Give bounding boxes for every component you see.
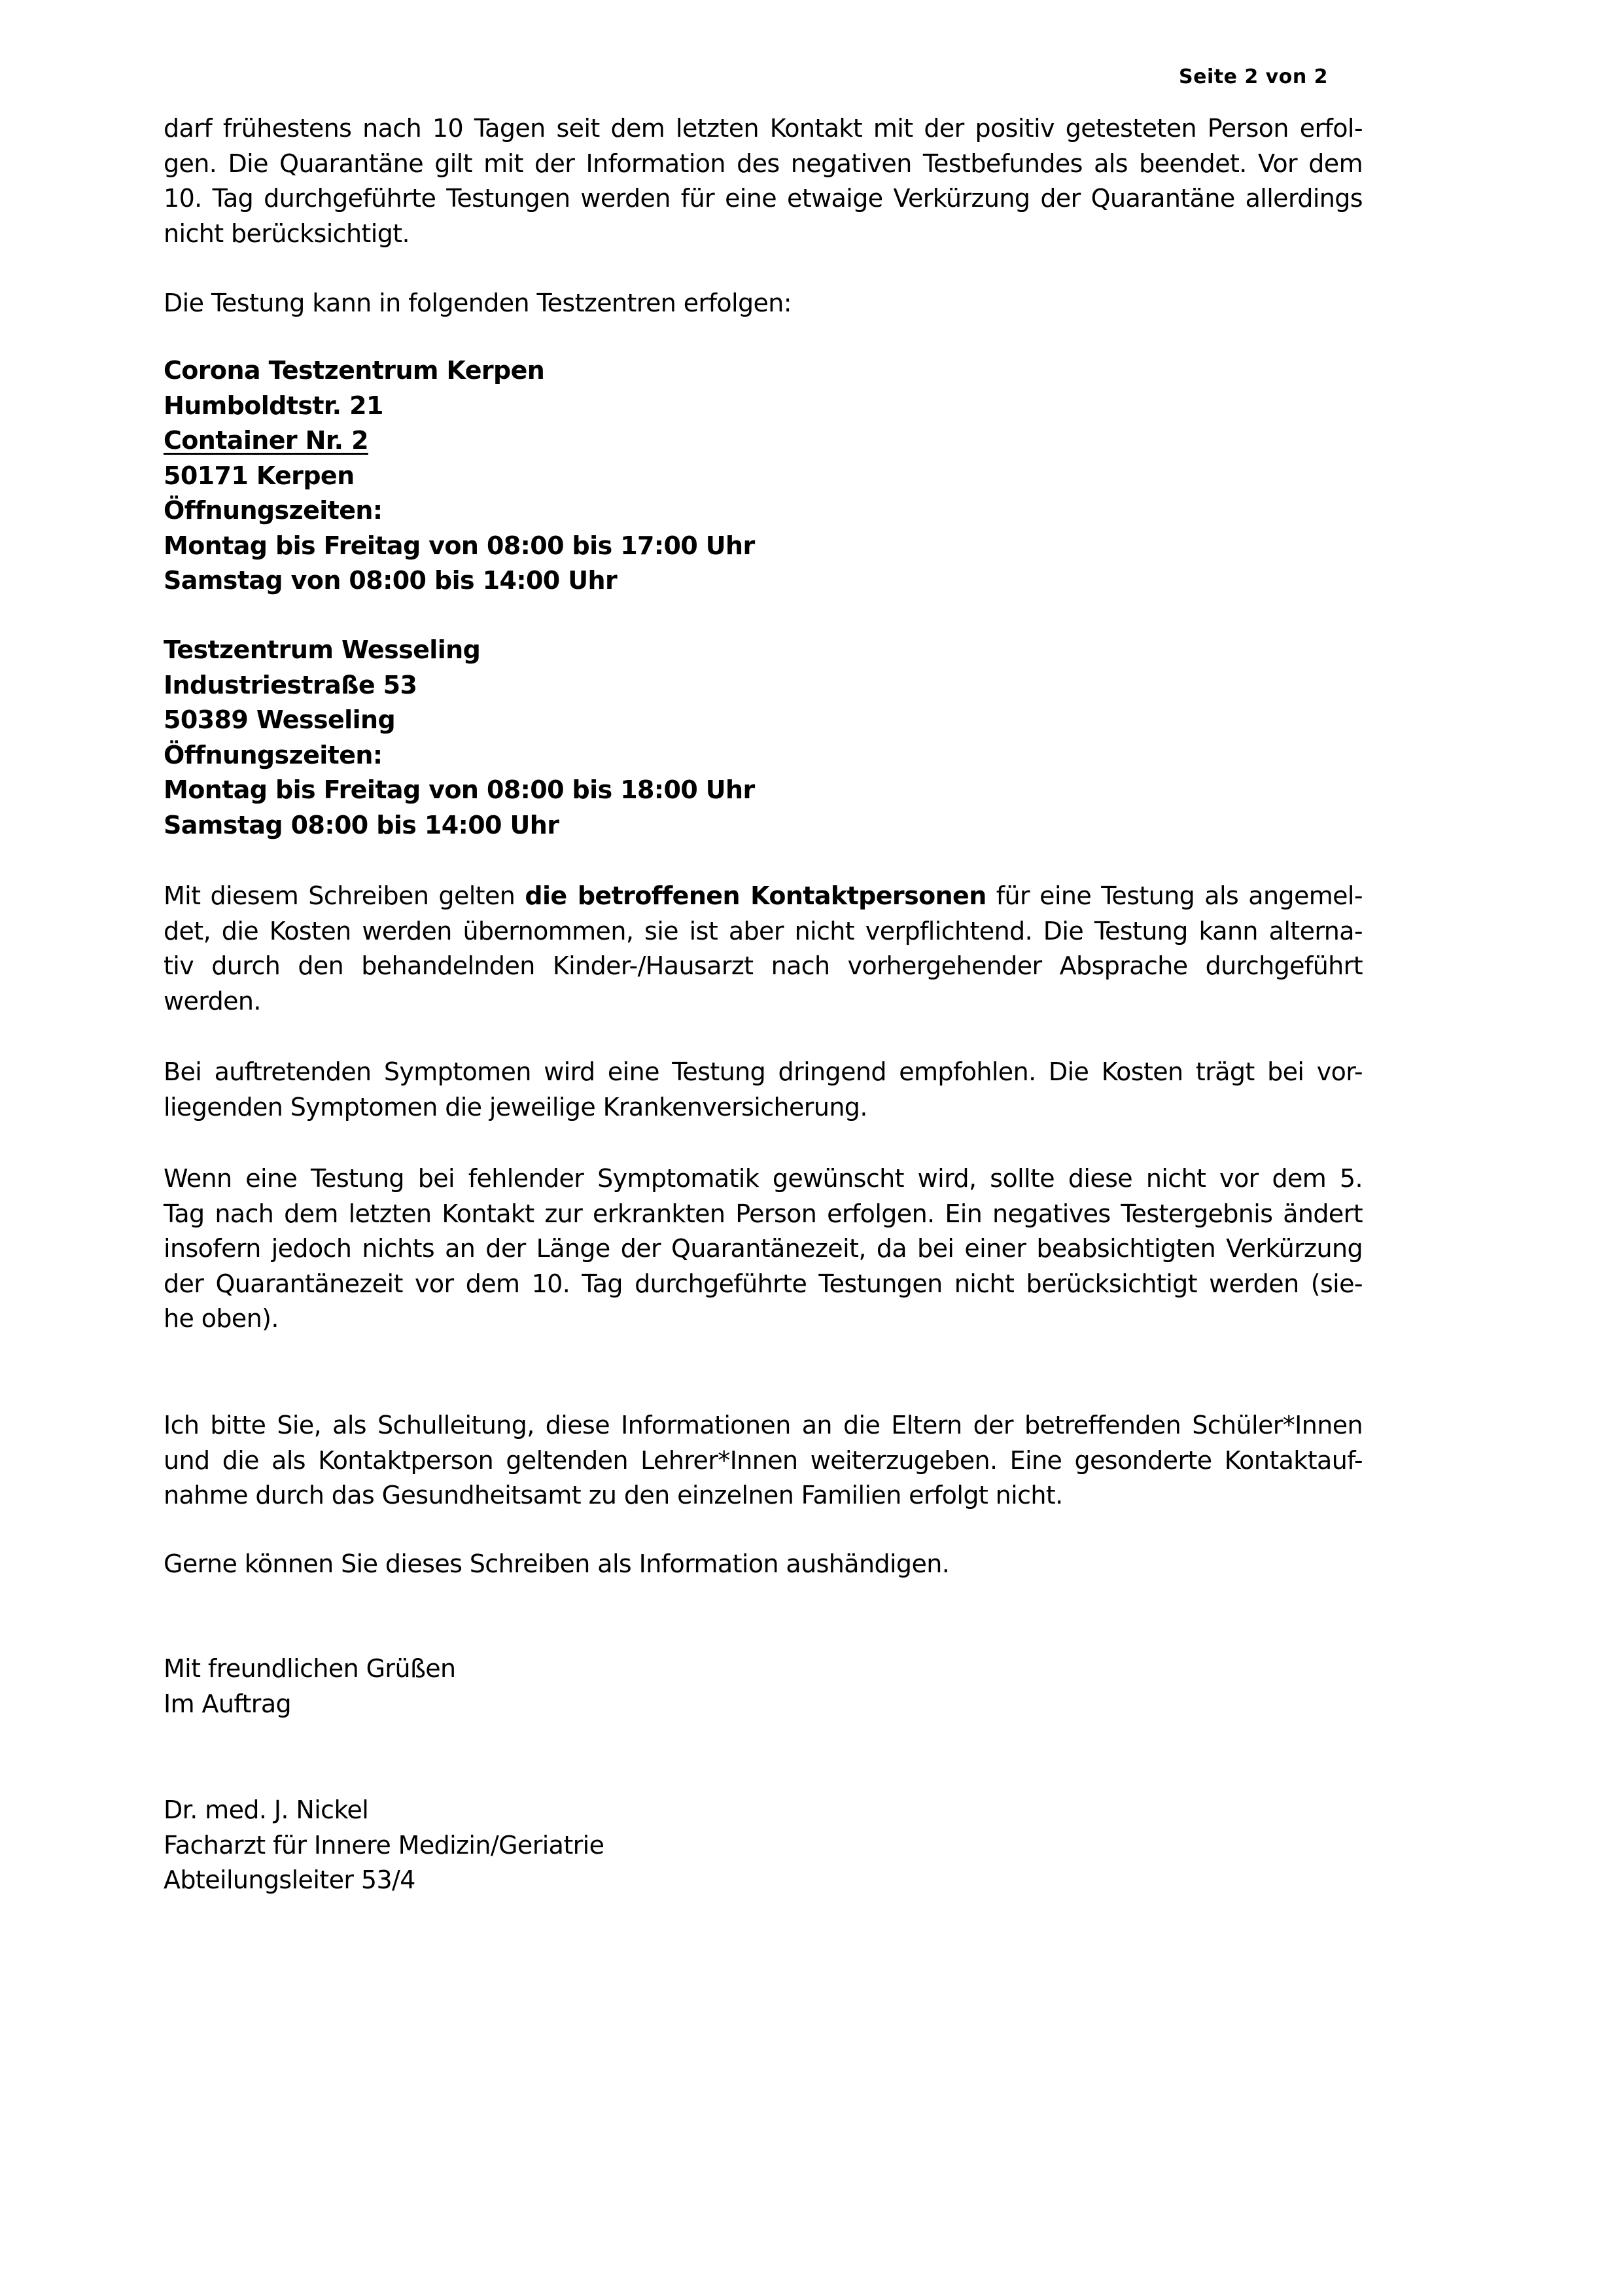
test-center-kerpen: Corona Testzentrum Kerpen Humboldtstr. 2…	[164, 353, 1363, 599]
text-line: gen. Die Quarantäne gilt mit der Informa…	[164, 147, 1363, 182]
text-line: und die als Kontaktperson geltenden Lehr…	[164, 1443, 1363, 1479]
page-indicator: Seite 2 von 2	[1179, 65, 1328, 88]
testcenters-intro-text: Die Testung kann in folgenden Testzentre…	[164, 286, 1363, 321]
closing-on-behalf: Im Auftrag	[164, 1687, 1363, 1722]
closing: Mit freundlichen Grüßen Im Auftrag	[164, 1651, 1363, 1722]
test-center-container: Container Nr. 2	[164, 426, 368, 455]
saturday-hours: Samstag 08:00 bis 14:00 Uhr	[164, 808, 1363, 843]
text-line: nahme durch das Gesundheitsamt zu den ei…	[164, 1478, 1363, 1513]
signature-department: Abteilungsleiter 53/4	[164, 1863, 1363, 1898]
paragraph-symptoms: Bei auftretenden Symptomen wird eine Tes…	[164, 1055, 1363, 1125]
text-line: Bei auftretenden Symptomen wird eine Tes…	[164, 1055, 1363, 1090]
test-center-city: 50171 Kerpen	[164, 459, 1363, 494]
closing-greeting: Mit freundlichen Grüßen	[164, 1651, 1363, 1687]
paragraph-registration: Mit diesem Schreiben gelten die betroffe…	[164, 879, 1363, 1019]
test-center-street: Industriestraße 53	[164, 668, 1363, 703]
text-line: Wenn eine Testung bei fehlender Symptoma…	[164, 1161, 1363, 1197]
test-center-city: 50389 Wesseling	[164, 703, 1363, 738]
test-center-name: Testzentrum Wesseling	[164, 633, 1363, 668]
test-center-name: Corona Testzentrum Kerpen	[164, 353, 1363, 389]
paragraph-handout: Gerne können Sie dieses Schreiben als In…	[164, 1547, 1363, 1582]
opening-hours-label: Öffnungszeiten:	[164, 738, 1363, 773]
contact-persons-emphasis: die betroffenen Kontaktpersonen	[525, 881, 986, 910]
text-line: Gerne können Sie dieses Schreiben als In…	[164, 1547, 1363, 1582]
text-line: darf frühestens nach 10 Tagen seit dem l…	[164, 111, 1363, 147]
text-line: der Quarantänezeit vor dem 10. Tag durch…	[164, 1267, 1363, 1302]
opening-hours-label: Öffnungszeiten:	[164, 493, 1363, 529]
text-line: Mit diesem Schreiben gelten die betroffe…	[164, 879, 1363, 914]
text-line: Ich bitte Sie, als Schulleitung, diese I…	[164, 1408, 1363, 1443]
signature-block: Dr. med. J. Nickel Facharzt für Innere M…	[164, 1793, 1363, 1898]
text-segment: für eine Testung als angemel-	[986, 881, 1363, 910]
text-segment: Mit diesem Schreiben gelten	[164, 881, 525, 910]
text-line: 10. Tag durchgeführte Testungen werden f…	[164, 181, 1363, 217]
test-center-street: Humboldtstr. 21	[164, 389, 1363, 424]
text-line: tiv durch den behandelnden Kinder-/Hausa…	[164, 949, 1363, 984]
signature-name: Dr. med. J. Nickel	[164, 1793, 1363, 1828]
signature-title: Facharzt für Innere Medizin/Geriatrie	[164, 1828, 1363, 1863]
paragraph-no-symptoms: Wenn eine Testung bei fehlender Symptoma…	[164, 1161, 1363, 1337]
text-line: nicht berücksichtigt.	[164, 217, 1363, 252]
text-line: Tag nach dem letzten Kontakt zur erkrank…	[164, 1197, 1363, 1232]
paragraph-quarantine-end: darf frühestens nach 10 Tagen seit dem l…	[164, 111, 1363, 251]
testcenters-intro: Die Testung kann in folgenden Testzentre…	[164, 286, 1363, 321]
paragraph-request-school: Ich bitte Sie, als Schulleitung, diese I…	[164, 1408, 1363, 1513]
text-line: he oben).	[164, 1301, 1363, 1337]
weekday-hours: Montag bis Freitag von 08:00 bis 17:00 U…	[164, 529, 1363, 564]
text-line: det, die Kosten werden übernommen, sie i…	[164, 914, 1363, 949]
text-line: insofern jedoch nichts an der Länge der …	[164, 1231, 1363, 1267]
text-line: werden.	[164, 984, 1363, 1019]
text-line: liegenden Symptomen die jeweilige Kranke…	[164, 1090, 1363, 1125]
saturday-hours: Samstag von 08:00 bis 14:00 Uhr	[164, 563, 1363, 599]
weekday-hours: Montag bis Freitag von 08:00 bis 18:00 U…	[164, 773, 1363, 808]
test-center-wesseling: Testzentrum Wesseling Industriestraße 53…	[164, 633, 1363, 843]
